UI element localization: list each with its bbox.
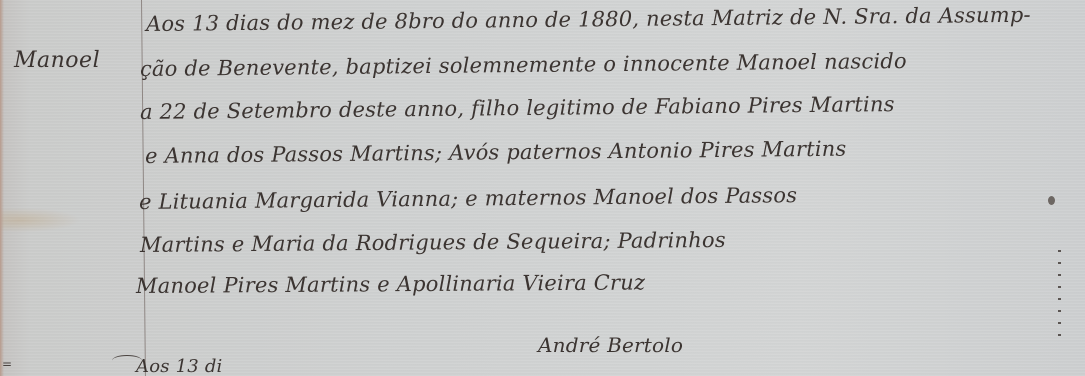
next-entry-start: Aos 13 di xyxy=(136,356,223,376)
entry-line-4: e Anna dos Passos Martins; Avós paternos… xyxy=(145,137,847,168)
priest-signature: André Bertolo xyxy=(538,333,683,357)
entry-line-6-text: Martins e Maria da Rodrigues de Sequeira… xyxy=(140,228,726,257)
entry-line-5: e Lituania Margarida Vianna; e maternos … xyxy=(139,183,797,214)
page-edge xyxy=(0,0,4,376)
margin-mark: = xyxy=(2,357,12,371)
entry-line-1: Aos 13 dias do mez de 8bro do anno de 18… xyxy=(146,3,1031,36)
document-page: Manoel = Aos 13 dias do mez de 8bro do a… xyxy=(0,0,1085,376)
entry-line-2: ção de Benevente, baptizei solemnemente … xyxy=(140,49,907,81)
dotted-margin-marks xyxy=(1058,250,1061,345)
entry-line-7: Manoel Pires Martins e Apollinaria Vieir… xyxy=(136,270,645,298)
margin-name: Manoel xyxy=(14,48,100,73)
ink-blot xyxy=(1048,196,1055,205)
entry-line-3: a 22 de Setembro deste anno, filho legit… xyxy=(140,92,895,124)
entry-line-6: Martins e Maria da Rodrigues de Sequeira… xyxy=(140,228,726,257)
pen-flourish xyxy=(112,355,142,366)
